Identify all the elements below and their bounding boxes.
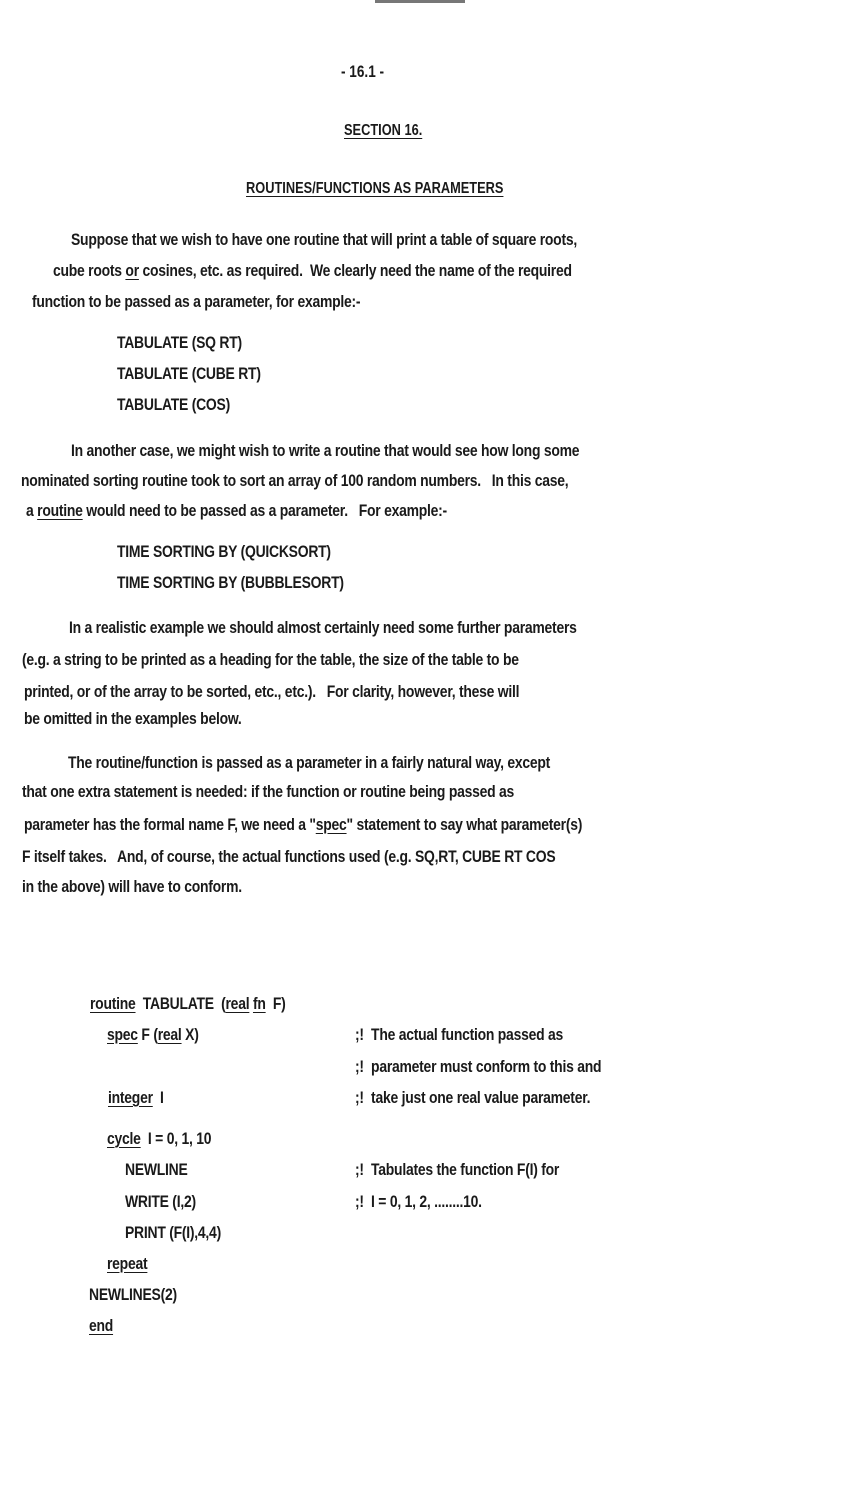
code-comment-1: ;! The actual function passed as: [355, 1026, 563, 1044]
paragraph-4-line-2: that one extra statement is needed: if t…: [22, 783, 514, 801]
example-4: TIME SORTING BY (QUICKSORT): [117, 543, 331, 561]
paragraph-4-line-1: The routine/function is passed as a para…: [68, 754, 550, 772]
code-line-repeat: repeat: [107, 1255, 147, 1273]
paragraph-1-line-2: cube roots or cosines, etc. as required.…: [53, 262, 572, 280]
paragraph-3-line-2: (e.g. a string to be printed as a headin…: [22, 651, 519, 669]
code-line-integer: integer I: [108, 1089, 164, 1107]
example-2: TABULATE (CUBE RT): [117, 365, 261, 383]
example-5: TIME SORTING BY (BUBBLESORT): [117, 574, 344, 592]
document-page: - 16.1 - SECTION 16. ROUTINES/FUNCTIONS …: [0, 0, 859, 1487]
code-comment-4: ;! Tabulates the function F(I) for: [355, 1161, 559, 1179]
code-comment-2: ;! parameter must conform to this and: [355, 1058, 601, 1076]
code-line-cycle: cycle I = 0, 1, 10: [107, 1130, 211, 1148]
code-line-end: end: [89, 1317, 113, 1335]
section-heading: SECTION 16.: [344, 122, 422, 140]
scan-artifact: [375, 0, 465, 3]
page-title: ROUTINES/FUNCTIONS AS PARAMETERS: [246, 180, 503, 198]
paragraph-2-line-1: In another case, we might wish to write …: [71, 442, 579, 460]
paragraph-4-line-3: parameter has the formal name F, we need…: [24, 816, 582, 834]
page-number: - 16.1 -: [341, 62, 384, 82]
code-comment-5: ;! I = 0, 1, 2, ........10.: [355, 1193, 482, 1211]
paragraph-3-line-1: In a realistic example we should almost …: [69, 619, 577, 637]
code-line-print: PRINT (F(I),4,4): [125, 1224, 221, 1242]
code-line-newlines: NEWLINES(2): [89, 1286, 177, 1304]
code-line-spec: spec F (real X): [107, 1026, 199, 1044]
paragraph-1-line-3: function to be passed as a parameter, fo…: [32, 293, 360, 311]
paragraph-4-line-5: in the above) will have to conform.: [22, 878, 242, 896]
code-line-newline: NEWLINE: [125, 1161, 188, 1179]
code-line-routine: routine TABULATE (real fn F): [90, 995, 286, 1013]
paragraph-1-line-1: Suppose that we wish to have one routine…: [71, 231, 577, 249]
code-line-write: WRITE (I,2): [125, 1193, 196, 1211]
paragraph-3-line-4: be omitted in the examples below.: [24, 710, 242, 728]
paragraph-4-line-4: F itself takes. And, of course, the actu…: [22, 848, 555, 866]
example-1: TABULATE (SQ RT): [117, 334, 242, 352]
paragraph-2-line-2: nominated sorting routine took to sort a…: [21, 472, 568, 490]
paragraph-2-line-3: a routine would need to be passed as a p…: [26, 502, 447, 520]
paragraph-3-line-3: printed, or of the array to be sorted, e…: [24, 683, 519, 701]
example-3: TABULATE (COS): [117, 396, 230, 414]
code-comment-3: ;! take just one real value parameter.: [355, 1089, 590, 1107]
